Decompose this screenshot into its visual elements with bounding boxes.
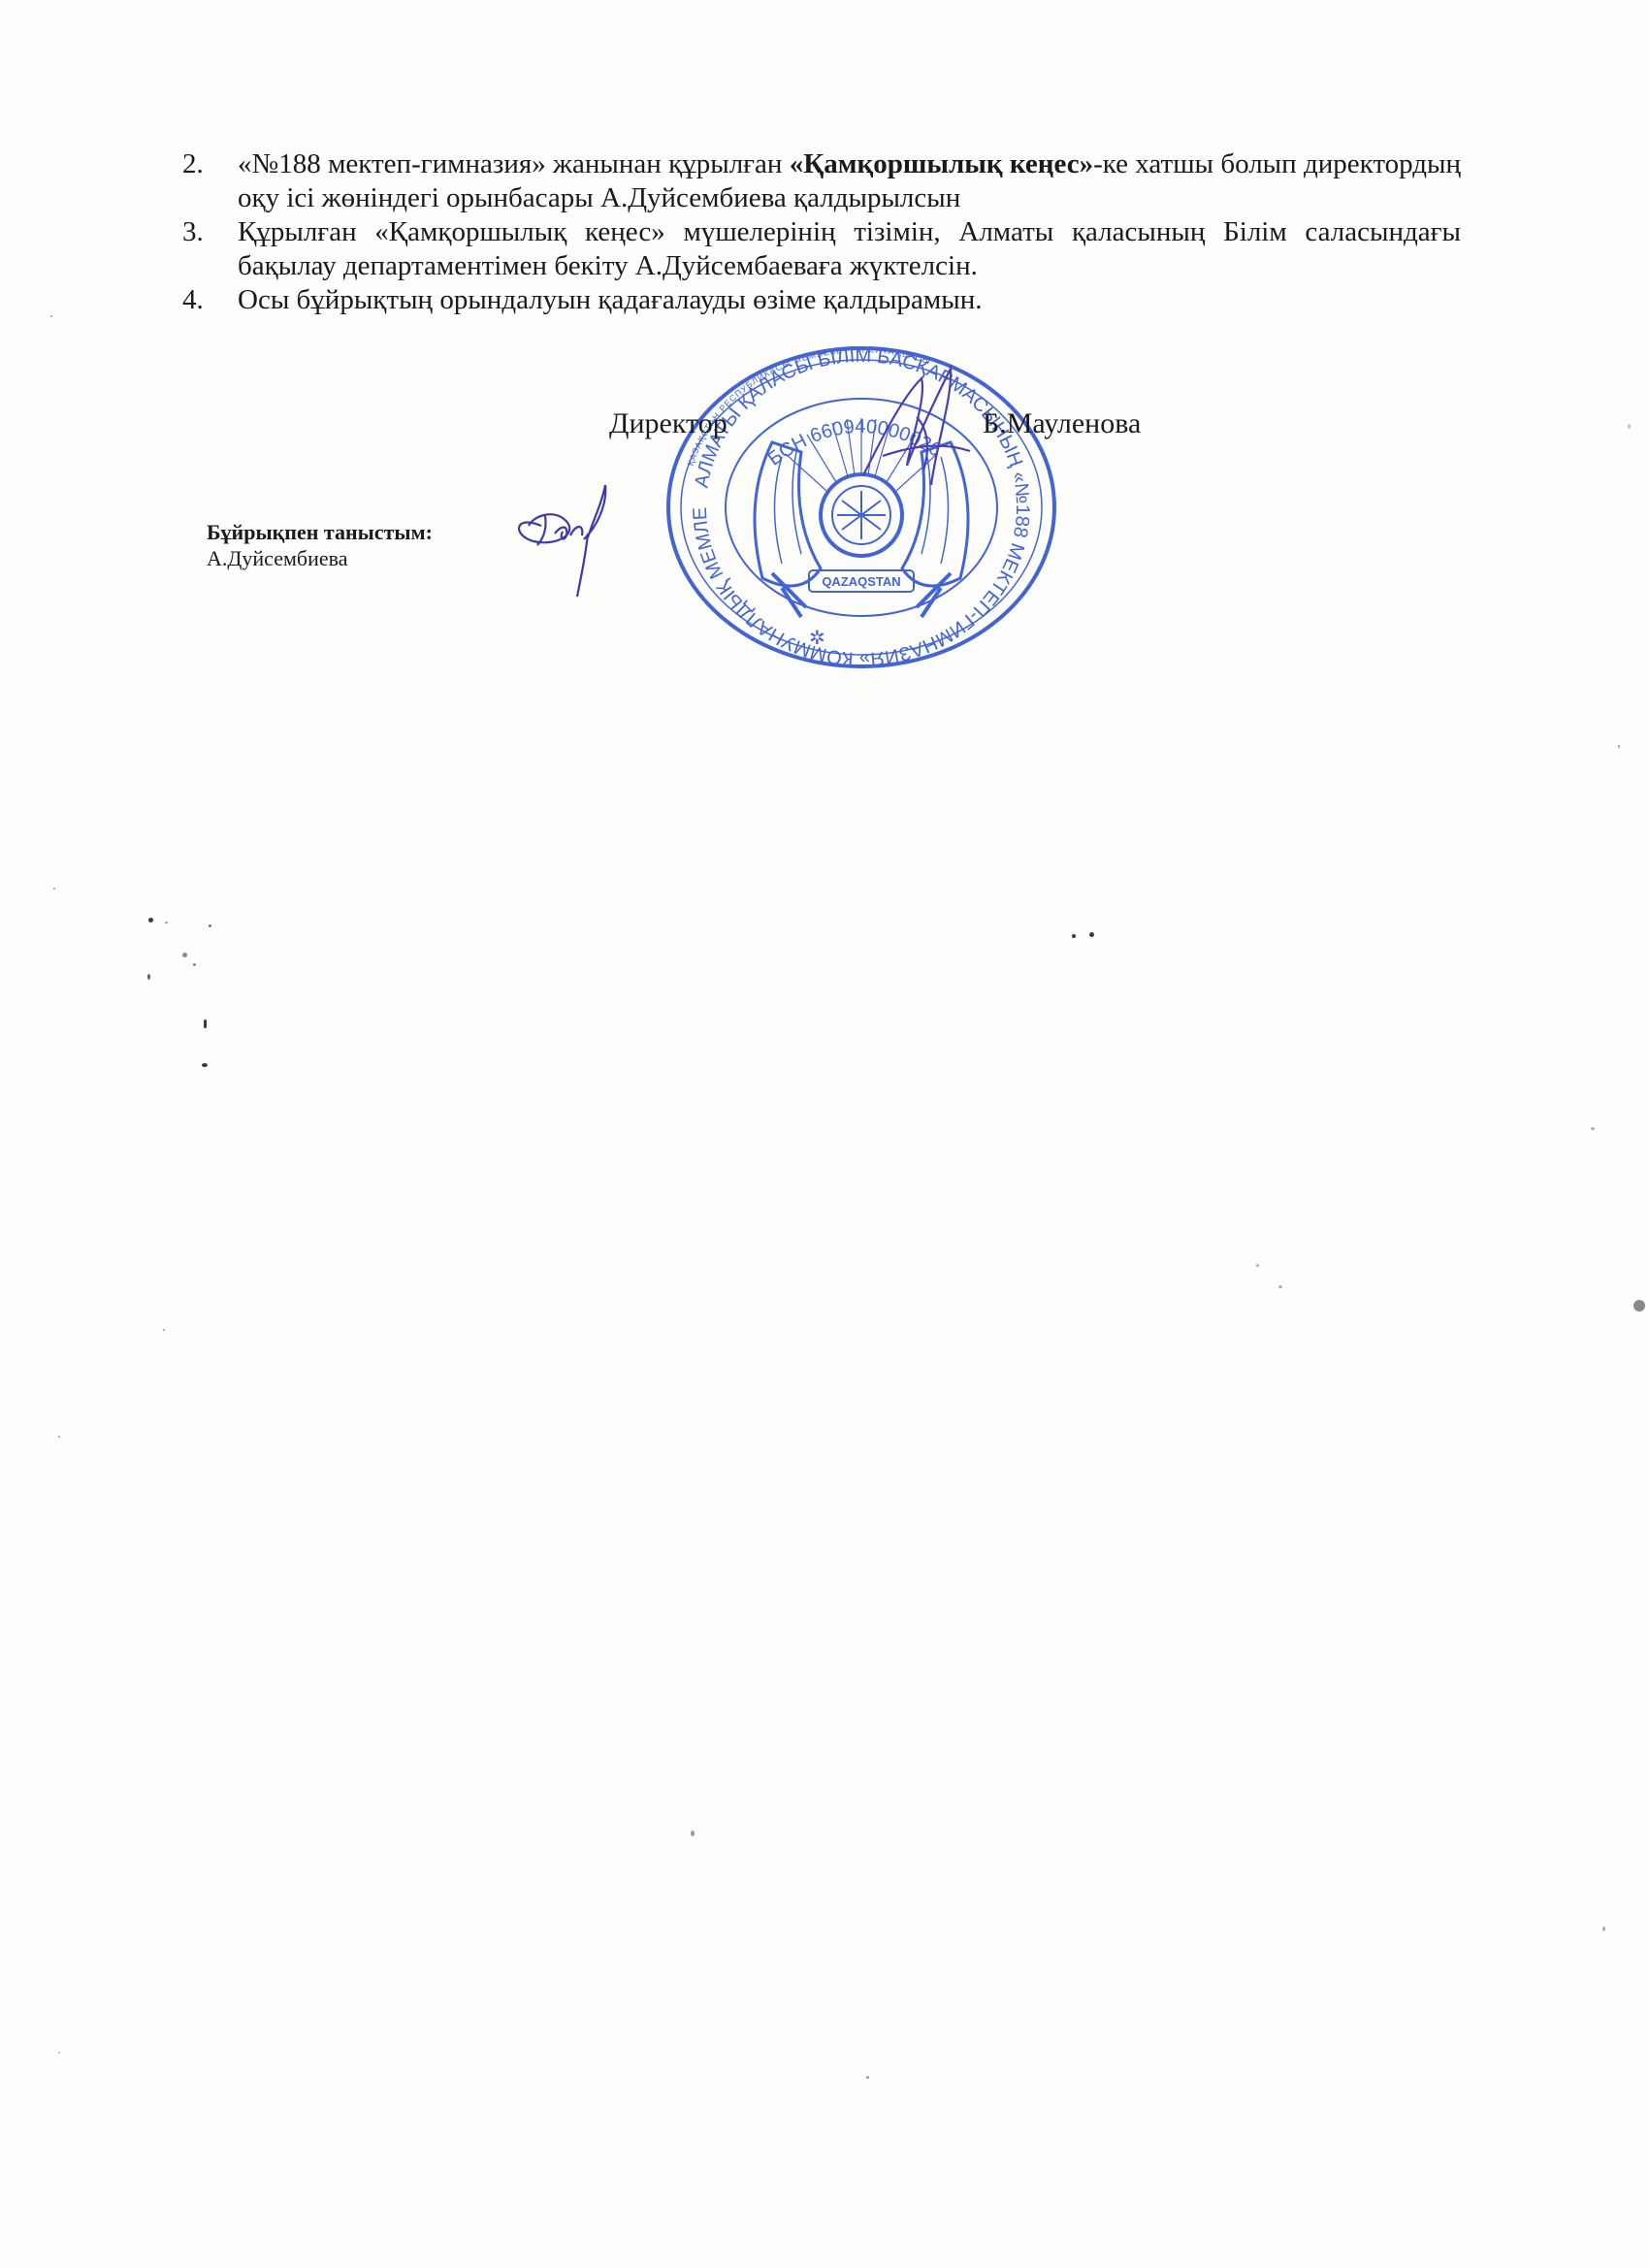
acknowledgement-block: Бұйрықпен таныстым: А.Дуйсембиева bbox=[207, 519, 433, 571]
item-number: 4. bbox=[182, 283, 204, 317]
item-text-part: «№188 мектеп-гимназия» жанынан құрылған bbox=[238, 148, 790, 179]
acknowledgement-name: А.Дуйсембиева bbox=[207, 545, 433, 571]
scan-speck bbox=[204, 1020, 207, 1028]
scan-speck bbox=[148, 918, 153, 923]
scan-speck bbox=[209, 924, 211, 927]
item-number: 2. bbox=[182, 147, 204, 181]
scan-speck bbox=[1089, 932, 1094, 937]
svg-text:✲: ✲ bbox=[809, 626, 825, 649]
director-name: Б.Мауленова bbox=[983, 407, 1141, 440]
scan-speck bbox=[866, 2076, 869, 2079]
scan-speck bbox=[147, 974, 150, 980]
order-items-list: 2. «№188 мектеп-гимназия» жанынан құрылғ… bbox=[182, 147, 1461, 318]
item-number: 3. bbox=[182, 215, 204, 249]
scan-speck bbox=[1256, 1264, 1259, 1267]
scan-speck bbox=[58, 1436, 60, 1438]
scan-speck bbox=[1628, 424, 1631, 429]
scan-speck bbox=[193, 963, 196, 966]
order-item-4: 4. Осы бұйрықтың орындалуын қадағалауды … bbox=[182, 283, 1461, 317]
scan-speck bbox=[1591, 1127, 1595, 1130]
svg-text:QAZAQSTAN: QAZAQSTAN bbox=[822, 574, 900, 589]
scan-speck bbox=[1278, 1285, 1282, 1288]
scan-speck bbox=[1602, 1927, 1605, 1931]
acknowledgement-signature bbox=[504, 475, 626, 601]
scan-speck bbox=[50, 315, 52, 317]
director-signature bbox=[854, 359, 980, 504]
item-text: Құрылған «Қамқоршылық кеңес» мүшелерінің… bbox=[238, 216, 1461, 281]
item-text-bold: «Қамқоршылық кеңес» bbox=[790, 148, 1093, 179]
order-item-2: 2. «№188 мектеп-гимназия» жанынан құрылғ… bbox=[182, 147, 1461, 214]
scanned-document-page: 2. «№188 мектеп-гимназия» жанынан құрылғ… bbox=[0, 0, 1649, 2268]
scan-speck bbox=[58, 2052, 60, 2054]
scan-speck bbox=[1072, 934, 1076, 938]
acknowledgement-label: Бұйрықпен таныстым: bbox=[207, 519, 433, 545]
scan-speck bbox=[202, 1063, 208, 1067]
scan-speck bbox=[1618, 745, 1620, 748]
scan-speck bbox=[163, 1329, 165, 1331]
item-text: «№188 мектеп-гимназия» жанынан құрылған … bbox=[238, 148, 1461, 213]
scan-speck bbox=[165, 922, 168, 923]
scan-speck bbox=[1633, 1300, 1645, 1312]
director-title: Директор bbox=[609, 407, 727, 440]
order-item-3: 3. Құрылған «Қамқоршылық кеңес» мүшелері… bbox=[182, 215, 1461, 282]
scan-speck bbox=[53, 888, 55, 890]
item-text: Осы бұйрықтың орындалуын қадағалауды өзі… bbox=[238, 284, 982, 315]
scan-speck bbox=[691, 1831, 695, 1836]
scan-speck bbox=[182, 953, 187, 957]
